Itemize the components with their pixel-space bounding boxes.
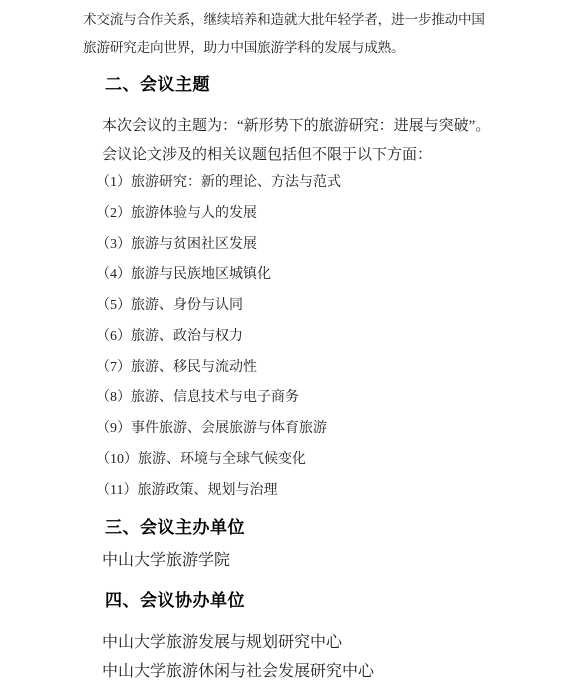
document-page: 术交流与合作关系，继续培养和造就大批年轻学者，进一步推动中国 旅游研究走向世界，… — [0, 0, 573, 684]
topic-item: （9）事件旅游、会展旅游与体育旅游 — [96, 421, 327, 438]
paragraph-topics-lead-in: 会议论文涉及的相关议题包括但不限于以下方面： — [102, 146, 432, 164]
organization-name: 中山大学旅游学院 — [102, 551, 230, 570]
paragraph-theme-statement: 本次会议的主题为：“新形势下的旅游研究：进展与突破”。 — [102, 117, 490, 135]
topic-item: （2）旅游体验与人的发展 — [96, 206, 257, 223]
topic-item: （4）旅游与民族地区城镇化 — [96, 267, 271, 284]
section-heading-co-organizer: 四、会议协办单位 — [105, 591, 245, 611]
topic-item: （3）旅游与贫困社区发展 — [96, 237, 257, 254]
topic-item: （7）旅游、移民与流动性 — [96, 360, 257, 377]
section-heading-meeting-theme: 二、会议主题 — [105, 75, 210, 95]
topic-item: （5）旅游、身份与认同 — [96, 298, 243, 315]
topic-item: （1）旅游研究：新的理论、方法与范式 — [96, 175, 341, 192]
organization-name: 中山大学旅游发展与规划研究中心 — [102, 633, 342, 652]
continued-paragraph-line: 术交流与合作关系，继续培养和造就大批年轻学者，进一步推动中国 — [83, 12, 485, 28]
topic-item: （10）旅游、环境与全球气候变化 — [96, 452, 306, 469]
continued-paragraph-line: 旅游研究走向世界，助力中国旅游学科的发展与成熟。 — [83, 40, 404, 56]
topic-item: （11）旅游政策、规划与治理 — [96, 483, 277, 500]
topic-item: （6）旅游、政治与权力 — [96, 329, 243, 346]
organization-name: 中山大学旅游休闲与社会发展研究中心 — [102, 662, 374, 681]
section-heading-host-organizer: 三、会议主办单位 — [105, 518, 245, 538]
topic-item: （8）旅游、信息技术与电子商务 — [96, 390, 299, 407]
